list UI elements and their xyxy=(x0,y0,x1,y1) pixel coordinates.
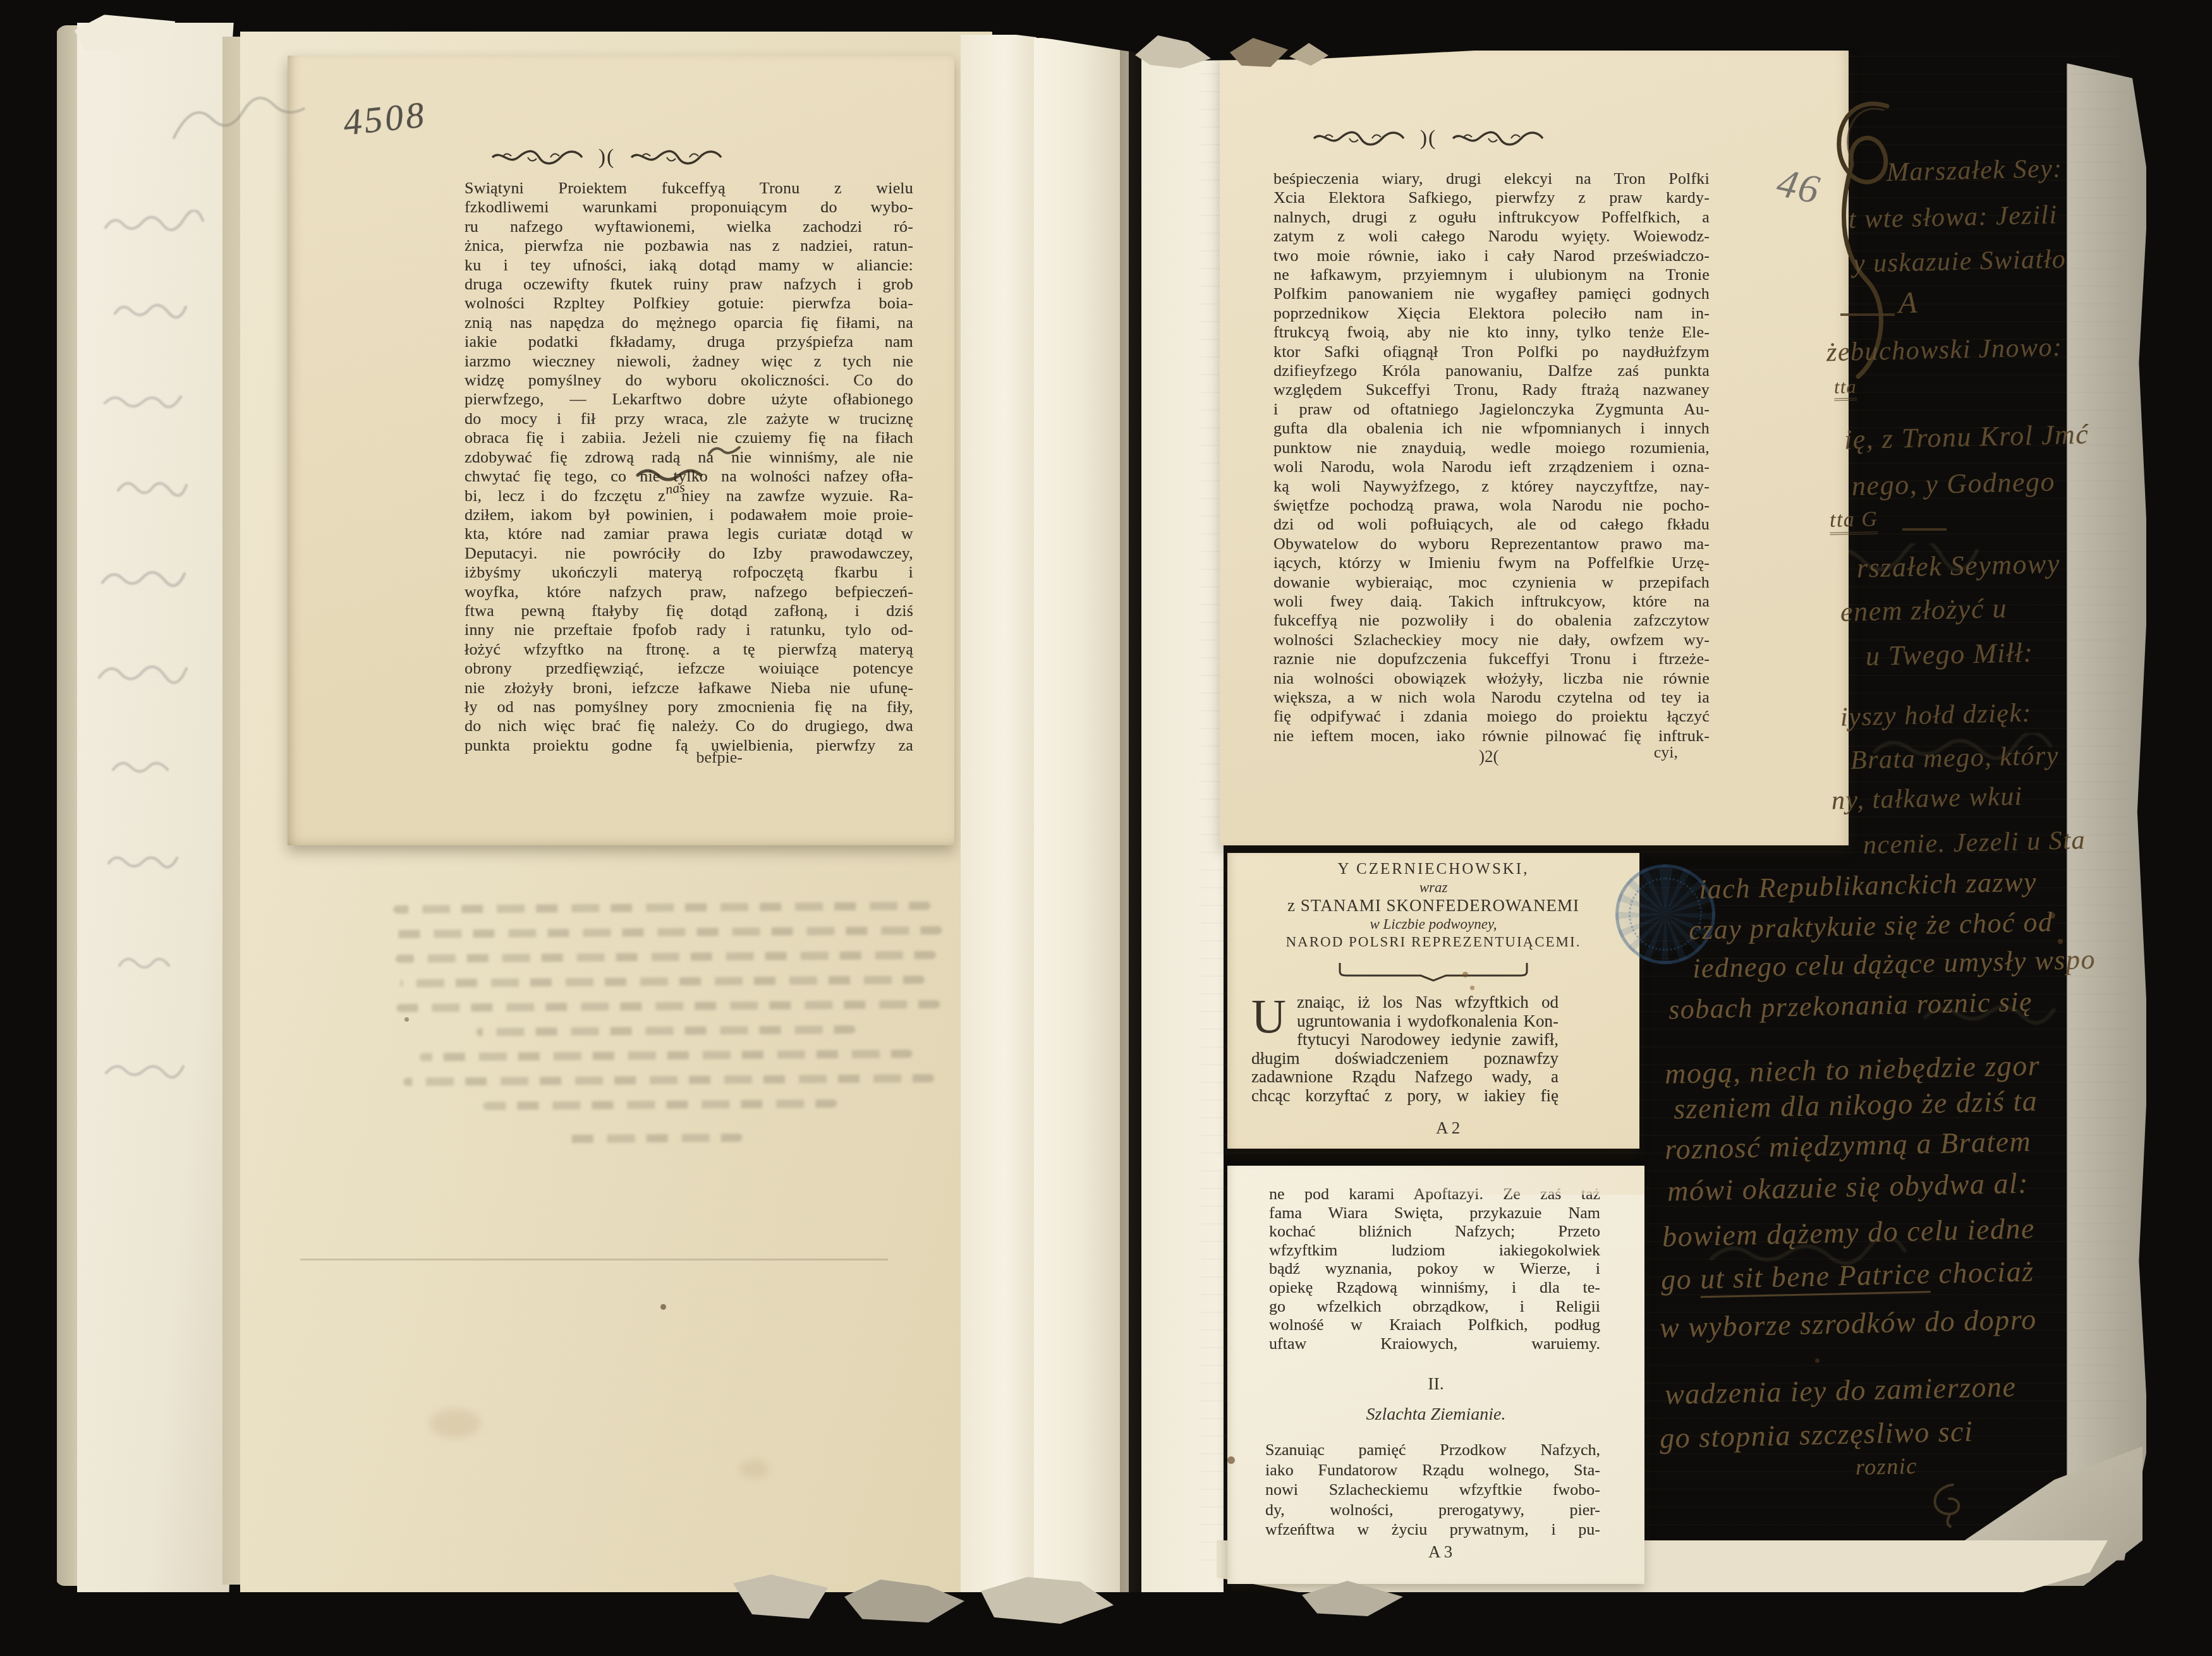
archival-ink-number: 4508 xyxy=(341,93,428,143)
signature-mark: )2( xyxy=(1479,747,1498,766)
paper-speck xyxy=(660,1304,666,1310)
manuscript-line: ny, tałkawe wkui xyxy=(1831,782,2023,816)
fragment-heading-line: w Liczbie podwoyney, xyxy=(1227,916,1639,933)
fleuron-ornament-icon xyxy=(629,148,724,167)
pen-flourish xyxy=(1921,1478,1972,1529)
signature-mark: A 3 xyxy=(1428,1542,1452,1562)
paper-fold-overlay xyxy=(1227,1166,1644,1195)
foxing-speck xyxy=(2058,939,2063,944)
section-title: Szlachta Ziemianie. xyxy=(1227,1405,1644,1425)
faint-handwriting-showthrough xyxy=(101,387,202,416)
fragment-paragraph: ne pod karami Apoftazyi. Ze zaś taż fama… xyxy=(1269,1185,1600,1353)
print-showthrough-block xyxy=(374,902,953,1423)
faint-handwriting-showthrough xyxy=(102,210,210,239)
manuscript-line: iyszy hołd dzięk: xyxy=(1840,698,2032,733)
manuscript-line: enem złożyć u xyxy=(1840,592,2007,628)
faint-handwriting-showthrough xyxy=(102,1056,204,1085)
scan-background-left xyxy=(0,0,57,1656)
manuscript-catchword: roznic xyxy=(1856,1453,1918,1480)
header-pagination-mark: )( xyxy=(1420,126,1437,150)
fragment-heading-line: NAROD POLSRI REPREZENTUIĄCEMI. xyxy=(1227,934,1639,950)
paper-speck xyxy=(1470,986,1474,990)
manuscript-line: A xyxy=(1898,286,1918,321)
faint-handwriting-showthrough xyxy=(96,658,210,690)
faint-handwriting-showthrough xyxy=(99,564,206,595)
pencil-scribble xyxy=(167,68,313,169)
fleuron-ornament-icon xyxy=(490,148,585,167)
paper-speck xyxy=(1227,1456,1235,1464)
fragment-heading-line: z STANAMI SKONFEDEROWANEMI xyxy=(1227,896,1639,916)
underlined-latin-phrase: ut sit bene Patrice xyxy=(1699,1257,1931,1298)
ink-correction-mark xyxy=(706,442,744,459)
paper-crease xyxy=(300,1259,888,1260)
scan-background-top xyxy=(1517,0,2212,48)
fragment-heading-line: wraz xyxy=(1227,879,1639,896)
manuscript-line: u Twego Miłł: xyxy=(1865,636,2034,672)
faint-handwriting-showthrough xyxy=(116,949,198,978)
manuscript-line: rszałek Seymowy xyxy=(1856,547,2060,584)
manuscript-line: nego, y Godnego xyxy=(1851,465,2055,502)
manuscript-dash xyxy=(1840,313,1895,316)
manuscript-line: go stopnia szczęsliwo sci xyxy=(1659,1414,1973,1454)
manuscript-line: y uskazuie Swiatło xyxy=(1852,244,2066,279)
scan-background-right xyxy=(2146,0,2212,1656)
foxing-stain xyxy=(430,1409,480,1438)
section-number: II. xyxy=(1227,1374,1644,1394)
foxing-stain xyxy=(739,1460,769,1478)
manuscript-line: Marszałek Sey: xyxy=(1886,154,2063,188)
faint-handwriting-showthrough xyxy=(115,475,204,504)
foxing-speck xyxy=(1815,1358,1820,1363)
fragment-heading-line: Y CZERNIECHOWSKI, xyxy=(1227,861,1639,878)
decorative-initial: U xyxy=(1251,996,1292,1037)
header-ornament-row: )( xyxy=(1302,126,1555,150)
fleuron-ornament-icon xyxy=(1450,129,1545,148)
manuscript-dash xyxy=(1902,528,1947,531)
paper-speck xyxy=(404,1017,409,1022)
manuscript-superscript: tta G xyxy=(1830,507,1878,533)
manuscript-line: ncenie. Jezeli u Sta xyxy=(1863,825,2086,861)
printed-speech-text-right: beśpieczenia wiary, drugi elekcyi na Tro… xyxy=(1273,169,1710,746)
manuscript-line: t wte słowa: Jezili xyxy=(1848,200,2058,234)
fragment-paragraph: Szanuiąc pamięć Przodkow Nafzych, iako F… xyxy=(1265,1440,1600,1540)
printed-fragment-religion-article: ne pod karami Apoftazyi. Ze zaś taż fama… xyxy=(1227,1166,1644,1584)
underlying-page-sliver xyxy=(77,20,234,1592)
signature-mark: A 2 xyxy=(1436,1118,1460,1138)
manuscript-line: żebuchowski Jnowo: xyxy=(1826,332,2063,368)
right-pasted-printed-leaf: )( beśpieczenia wiary, drugi elekcyi na … xyxy=(1220,51,1849,845)
paper-speck xyxy=(1462,972,1468,977)
handwritten-insert-word: nas xyxy=(664,479,686,498)
manuscript-line: ię, z Tronu Krol Jmć xyxy=(1844,418,2089,456)
fleuron-ornament-icon xyxy=(1311,129,1406,148)
faint-handwriting-showthrough xyxy=(105,848,200,877)
manuscript-superscript: tta xyxy=(1834,377,1857,399)
manuscript-line: Brata mego, który xyxy=(1850,740,2059,775)
catchword: cyi, xyxy=(1583,743,1678,762)
left-pasted-printed-leaf: 4508 )( Swiątyni Proiektem fukceffyą Tro… xyxy=(288,56,954,845)
brace-ornament xyxy=(1332,959,1534,982)
gutter-fold xyxy=(961,35,1036,1594)
header-ornament-row: )( xyxy=(480,145,733,169)
archival-book-scan: 4508 )( Swiątyni Proiektem fukceffyą Tro… xyxy=(0,0,2212,1656)
header-pagination-mark: )( xyxy=(599,145,616,169)
gutter-fold xyxy=(1034,38,1129,1593)
faint-handwriting-showthrough xyxy=(110,753,205,782)
faint-handwriting-showthrough xyxy=(112,298,207,327)
fragment-paragraph: U znaiąc, iż los Nas wfzyftkich od ugrun… xyxy=(1251,993,1559,1105)
printed-fragment-confederation-heading: Y CZERNIECHOWSKI, wraz z STANAMI SKONFED… xyxy=(1227,853,1639,1149)
catchword: befpie- xyxy=(578,748,743,767)
